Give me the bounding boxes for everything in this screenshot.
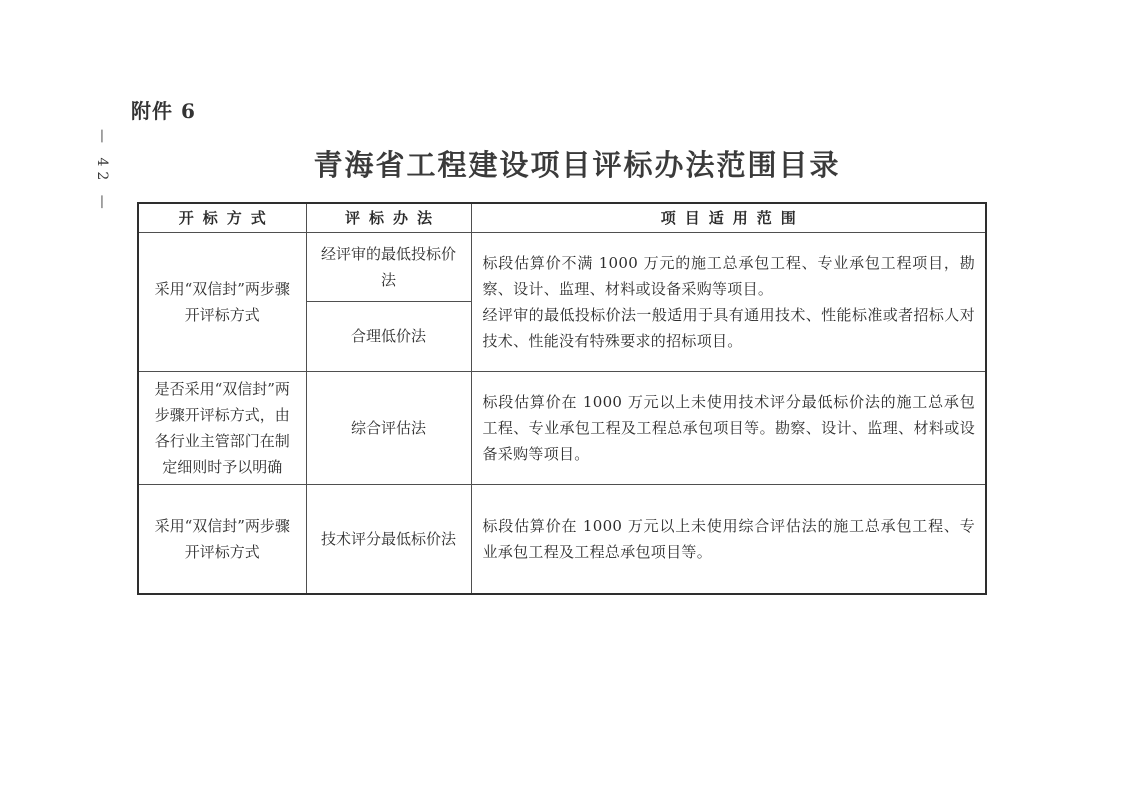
cell-method-lowest-evaluated-bid: 经评审的最低投标价法 [306, 232, 471, 301]
table-row: 采用“双信封”两步骤开评标方式 技术评分最低标价法 标段估算价在 1000 万元… [138, 484, 986, 594]
header-evaluation-method: 评标办法 [306, 203, 471, 232]
header-opening-method: 开标方式 [138, 203, 306, 232]
header-applicable-scope: 项目适用范围 [471, 203, 986, 232]
table-header-row: 开标方式 评标办法 项目适用范围 [138, 203, 986, 232]
cell-method-technical-score-lowest-price: 技术评分最低标价法 [306, 484, 471, 594]
cell-opening-method-3: 采用“双信封”两步骤开评标方式 [138, 484, 306, 594]
cell-scope-2: 标段估算价在 1000 万元以上未使用技术评分最低标价法的施工总承包工程、专业承… [471, 371, 986, 484]
scope-paragraph: 标段估算价在 1000 万元以上未使用综合评估法的施工总承包工程、专业承包工程及… [483, 513, 976, 565]
page-title: 青海省工程建设项目评标办法范围目录 [137, 143, 1017, 184]
table-row: 采用“双信封”两步骤开评标方式 经评审的最低投标价法 标段估算价不满 1000 … [138, 232, 986, 301]
evaluation-methods-table: 开标方式 评标办法 项目适用范围 采用“双信封”两步骤开评标方式 经评审的最低投… [137, 202, 987, 595]
cell-opening-method-1: 采用“双信封”两步骤开评标方式 [138, 232, 306, 371]
cell-method-comprehensive-evaluation: 综合评估法 [306, 371, 471, 484]
cell-scope-3: 标段估算价在 1000 万元以上未使用综合评估法的施工总承包工程、专业承包工程及… [471, 484, 986, 594]
cell-method-reasonable-low-price: 合理低价法 [306, 301, 471, 371]
scope-paragraph: 标段估算价不满 1000 万元的施工总承包工程、专业承包工程项目，勘察、设计、监… [483, 250, 976, 302]
cell-scope-1: 标段估算价不满 1000 万元的施工总承包工程、专业承包工程项目，勘察、设计、监… [471, 232, 986, 371]
document-page: — 42 — 附件 6 青海省工程建设项目评标办法范围目录 开标方式 评标办法 … [0, 0, 1122, 793]
page-number: — 42 — [94, 116, 110, 226]
table-row: 是否采用“双信封”两步骤开评标方式，由各行业主管部门在制定细则时予以明确 综合评… [138, 371, 986, 484]
cell-opening-method-2: 是否采用“双信封”两步骤开评标方式，由各行业主管部门在制定细则时予以明确 [138, 371, 306, 484]
scope-paragraph: 标段估算价在 1000 万元以上未使用技术评分最低标价法的施工总承包工程、专业承… [483, 389, 976, 467]
attachment-label: 附件 6 [131, 95, 196, 124]
scope-paragraph: 经评审的最低投标价法一般适用于具有通用技术、性能标准或者招标人对技术、性能没有特… [483, 302, 976, 354]
